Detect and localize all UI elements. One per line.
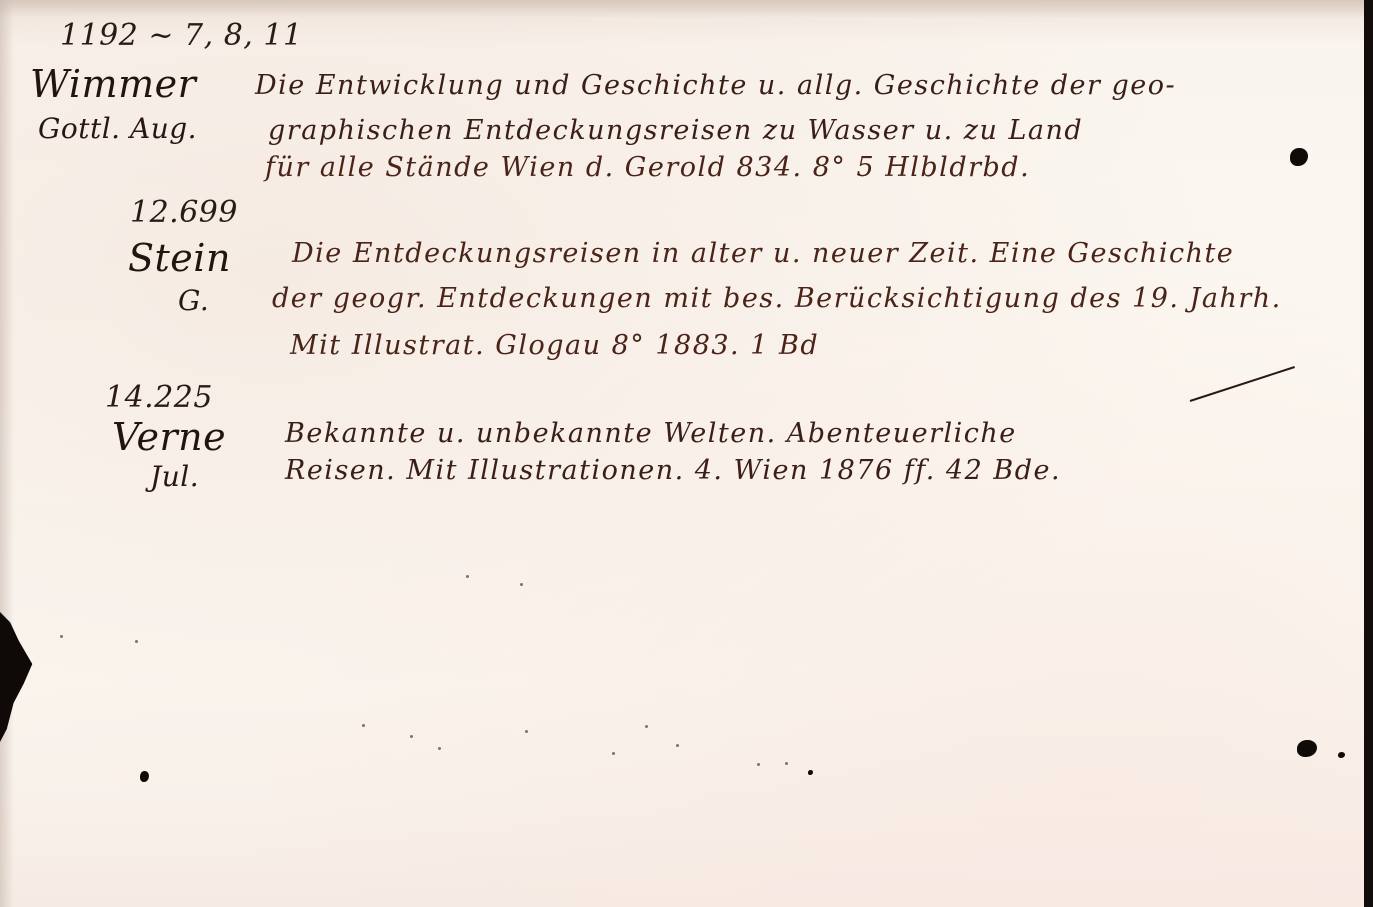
call-number: 14.225 [105, 380, 213, 415]
paper-speck [410, 735, 413, 738]
catalog-card: 1192 ~ 7, 8, 11 Wimmer Gottl. Aug. Die E… [0, 0, 1366, 907]
paper-speck [520, 583, 523, 586]
author-surname: Verne [112, 415, 226, 459]
paper-speck [362, 724, 365, 727]
ink-blot [1297, 740, 1317, 757]
pen-flourish [1190, 366, 1295, 402]
author-surname: Stein [128, 236, 231, 280]
paper-speck [757, 763, 760, 766]
paper-speck [60, 635, 63, 638]
author-initials: G. [178, 284, 209, 317]
ink-blot [1338, 752, 1345, 758]
paper-speck [525, 730, 528, 733]
description-line-1: Die Entdeckungsreisen in alter u. neuer … [292, 238, 1234, 269]
author-initials: Gottl. Aug. [38, 112, 197, 145]
description-line-3: für alle Stände Wien d. Gerold 834. 8° 5… [265, 152, 1030, 183]
paper-speck [676, 744, 679, 747]
ink-blot [140, 771, 149, 782]
description-line-2: Reisen. Mit Illustrationen. 4. Wien 1876… [285, 455, 1061, 486]
paper-speck [466, 575, 469, 578]
call-number: 12.699 [130, 195, 238, 230]
torn-edge [0, 612, 34, 742]
card-right-edge [1364, 0, 1373, 907]
description-line-2: graphischen Entdeckungsreisen zu Wasser … [268, 115, 1083, 146]
author-surname: Wimmer [30, 62, 196, 106]
description-line-1: Die Entwicklung und Geschichte u. allg. … [255, 70, 1176, 101]
paper-speck [135, 640, 138, 643]
description-line-2: der geogr. Entdeckungen mit bes. Berücks… [272, 283, 1282, 314]
author-initials: Jul. [150, 460, 199, 493]
paper-speck [645, 725, 648, 728]
ink-blot [1290, 148, 1308, 166]
description-line-1: Bekannte u. unbekannte Welten. Abenteuer… [285, 418, 1017, 449]
description-line-3: Mit Illustrat. Glogau 8° 1883. 1 Bd [290, 330, 819, 361]
paper-speck [438, 747, 441, 750]
ink-blot [808, 770, 813, 775]
call-number: 1192 ~ 7, 8, 11 [60, 18, 303, 53]
paper-speck [785, 762, 788, 765]
paper-speck [612, 752, 615, 755]
paper-edge-shading [0, 0, 14, 907]
